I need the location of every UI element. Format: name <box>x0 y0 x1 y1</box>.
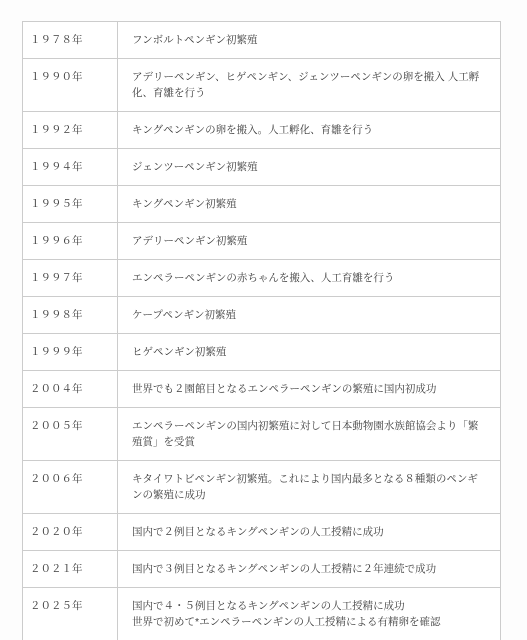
description-cell: ヒゲペンギン初繁殖 <box>118 334 501 371</box>
description-cell: キングペンギンの卵を搬入。人工孵化、育雛を行う <box>118 112 501 149</box>
penguin-breeding-timeline-table: １９７８年フンボルトペンギン初繁殖１９９０年アデリーペンギン、ヒゲペンギン、ジェ… <box>22 21 501 640</box>
description-cell: キングペンギン初繁殖 <box>118 186 501 223</box>
table-row: １９９６年アデリーペンギン初繁殖 <box>23 223 501 260</box>
table-row: １９９２年キングペンギンの卵を搬入。人工孵化、育雛を行う <box>23 112 501 149</box>
table-row: １９９９年ヒゲペンギン初繁殖 <box>23 334 501 371</box>
table-row: １９９０年アデリーペンギン、ヒゲペンギン、ジェンツーペンギンの卵を搬入 人工孵化… <box>23 59 501 112</box>
table-row: ２００６年キタイワトビペンギン初繁殖。これにより国内最多となる８種類のペンギンの… <box>23 461 501 514</box>
description-cell: 国内で３例目となるキングペンギンの人工授精に２年連続で成功 <box>118 551 501 588</box>
table-row: ２０２０年国内で２例目となるキングペンギンの人工授精に成功 <box>23 514 501 551</box>
year-cell: １９９９年 <box>23 334 118 371</box>
year-cell: ２０２１年 <box>23 551 118 588</box>
year-cell: １９７８年 <box>23 22 118 59</box>
description-cell: 世界でも２園館目となるエンペラーペンギンの繁殖に国内初成功 <box>118 371 501 408</box>
year-cell: １９９８年 <box>23 297 118 334</box>
year-cell: ２００６年 <box>23 461 118 514</box>
year-cell: １９９５年 <box>23 186 118 223</box>
year-cell: ２００５年 <box>23 408 118 461</box>
table-row: ２００４年世界でも２園館目となるエンペラーペンギンの繁殖に国内初成功 <box>23 371 501 408</box>
year-cell: １９９２年 <box>23 112 118 149</box>
year-cell: １９９６年 <box>23 223 118 260</box>
table-row: ２０２５年国内で４・５例目となるキングペンギンの人工授精に成功 世界で初めて*エ… <box>23 588 501 640</box>
table-row: ２００５年エンペラーペンギンの国内初繁殖に対して日本動物園水族館協会より「繁殖賞… <box>23 408 501 461</box>
table-row: １９９８年ケープペンギン初繁殖 <box>23 297 501 334</box>
description-cell: ジェンツーペンギン初繁殖 <box>118 149 501 186</box>
table-row: １９９５年キングペンギン初繁殖 <box>23 186 501 223</box>
description-cell: アデリーペンギン、ヒゲペンギン、ジェンツーペンギンの卵を搬入 人工孵化、育雛を行… <box>118 59 501 112</box>
timeline-rows: １９７８年フンボルトペンギン初繁殖１９９０年アデリーペンギン、ヒゲペンギン、ジェ… <box>23 22 501 640</box>
description-cell: 国内で２例目となるキングペンギンの人工授精に成功 <box>118 514 501 551</box>
year-cell: １９９４年 <box>23 149 118 186</box>
table-row: ２０２１年国内で３例目となるキングペンギンの人工授精に２年連続で成功 <box>23 551 501 588</box>
year-cell: ２０２５年 <box>23 588 118 640</box>
description-cell: フンボルトペンギン初繁殖 <box>118 22 501 59</box>
timeline-page: １９７８年フンボルトペンギン初繁殖１９９０年アデリーペンギン、ヒゲペンギン、ジェ… <box>0 0 527 640</box>
year-cell: ２００４年 <box>23 371 118 408</box>
year-cell: １９９０年 <box>23 59 118 112</box>
description-cell: キタイワトビペンギン初繁殖。これにより国内最多となる８種類のペンギンの繁殖に成功 <box>118 461 501 514</box>
year-cell: ２０２０年 <box>23 514 118 551</box>
description-cell: エンペラーペンギンの赤ちゃんを搬入、人工育雛を行う <box>118 260 501 297</box>
table-row: １９７８年フンボルトペンギン初繁殖 <box>23 22 501 59</box>
description-cell: アデリーペンギン初繁殖 <box>118 223 501 260</box>
description-cell: 国内で４・５例目となるキングペンギンの人工授精に成功 世界で初めて*エンペラーペ… <box>118 588 501 640</box>
description-cell: ケープペンギン初繁殖 <box>118 297 501 334</box>
table-row: １９９４年ジェンツーペンギン初繁殖 <box>23 149 501 186</box>
description-cell: エンペラーペンギンの国内初繁殖に対して日本動物園水族館協会より「繁殖賞」を受賞 <box>118 408 501 461</box>
table-row: １９９７年エンペラーペンギンの赤ちゃんを搬入、人工育雛を行う <box>23 260 501 297</box>
year-cell: １９９７年 <box>23 260 118 297</box>
